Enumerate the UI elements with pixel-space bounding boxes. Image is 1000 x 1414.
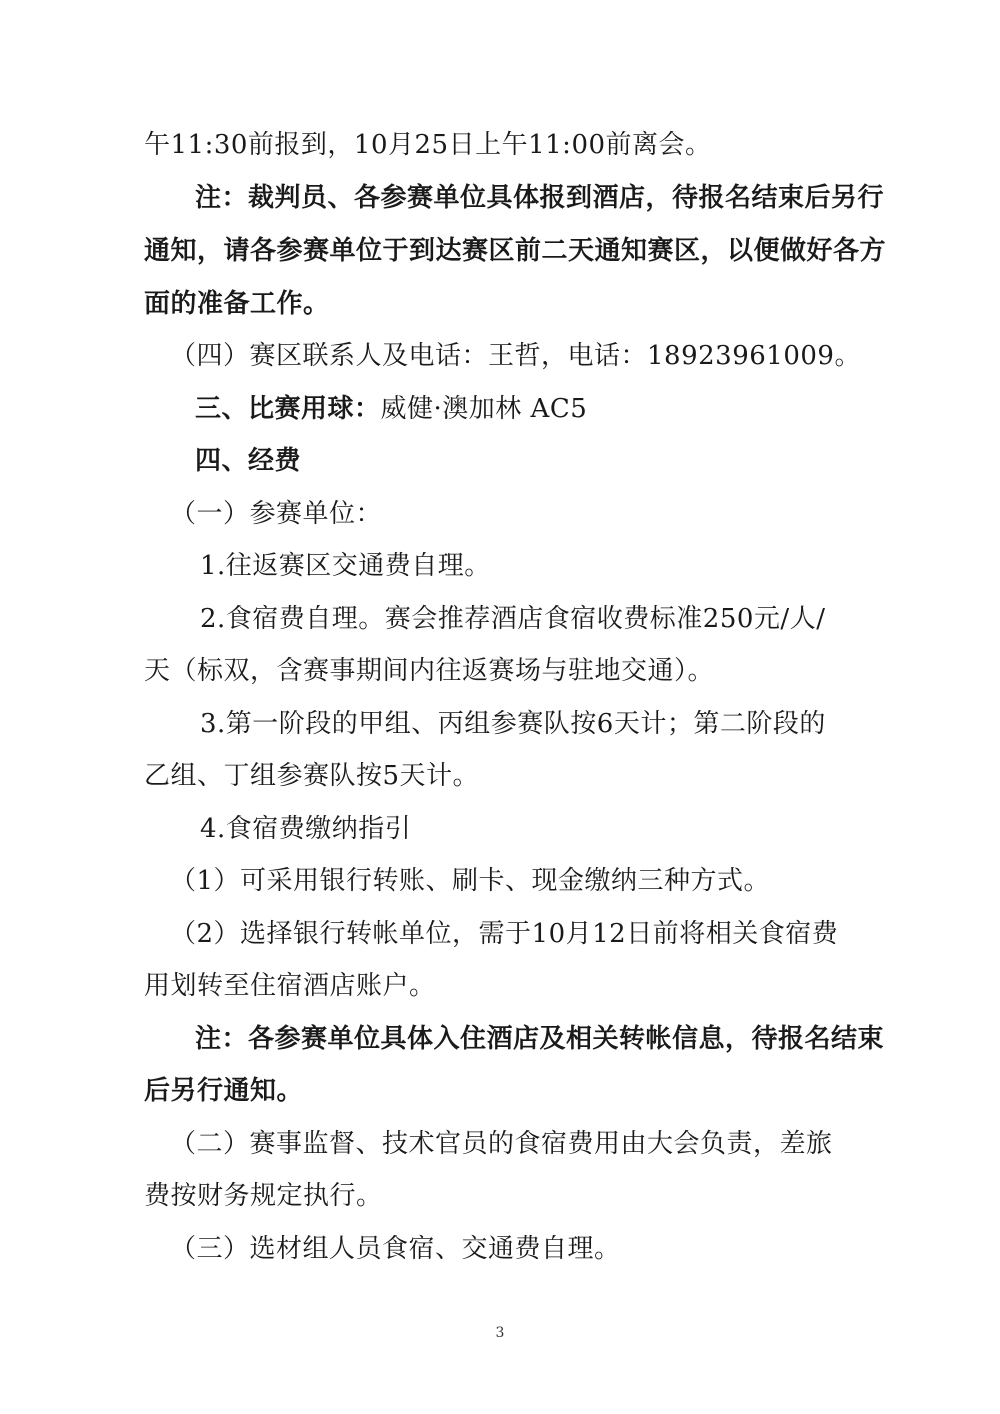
text-line: 午11:30前报到，10月25日上午11:00前离会。 bbox=[144, 128, 712, 162]
subsection-heading: （三）选材组人员食宿、交通费自理。 bbox=[170, 1232, 621, 1266]
contact-line: （四）赛区联系人及电话：王哲，电话：18923961009。 bbox=[170, 339, 861, 373]
list-item: （2）选择银行转帐单位，需于10月12日前将相关食宿费 bbox=[170, 917, 838, 951]
list-item: 1.往返赛区交通费自理。 bbox=[200, 549, 491, 583]
note-line: 注：各参赛单位具体入住酒店及相关转帐信息，待报名结束 bbox=[195, 1022, 884, 1056]
list-item: 4.食宿费缴纳指引 bbox=[200, 812, 411, 846]
subsection-heading: （一）参赛单位： bbox=[170, 497, 382, 531]
text-line: 天（标双，含赛事期间内往返赛场与驻地交通）。 bbox=[144, 654, 714, 688]
note-line: 注：裁判员、各参赛单位具体报到酒店，待报名结束后另行 bbox=[195, 181, 884, 215]
text-line: 乙组、丁组参赛队按5天计。 bbox=[144, 759, 479, 793]
list-item: （1）可采用银行转账、刷卡、现金缴纳三种方式。 bbox=[170, 864, 770, 898]
section-heading-funding: 四、经费 bbox=[195, 444, 301, 478]
section-heading-label: 三、比赛用球： bbox=[195, 394, 381, 424]
subsection-heading: （二）赛事监督、技术官员的食宿费用由大会负责，差旅 bbox=[170, 1127, 833, 1161]
list-item: 3.第一阶段的甲组、丙组参赛队按6天计；第二阶段的 bbox=[200, 707, 826, 741]
page-number: 3 bbox=[0, 1325, 1000, 1341]
list-item: 2.食宿费自理。赛会推荐酒店食宿收费标准250元/人/ bbox=[200, 602, 825, 636]
note-line: 面的准备工作。 bbox=[144, 287, 330, 321]
section-heading-ball: 三、比赛用球：威健·澳加林 AC5 bbox=[195, 392, 587, 426]
text-line: 费按财务规定执行。 bbox=[144, 1179, 383, 1213]
ball-name: 威健·澳加林 AC5 bbox=[381, 394, 588, 424]
note-line: 后另行通知。 bbox=[144, 1074, 303, 1108]
note-line: 通知，请各参赛单位于到达赛区前二天通知赛区，以便做好各方 bbox=[144, 234, 886, 268]
text-line: 用划转至住宿酒店账户。 bbox=[144, 969, 436, 1003]
